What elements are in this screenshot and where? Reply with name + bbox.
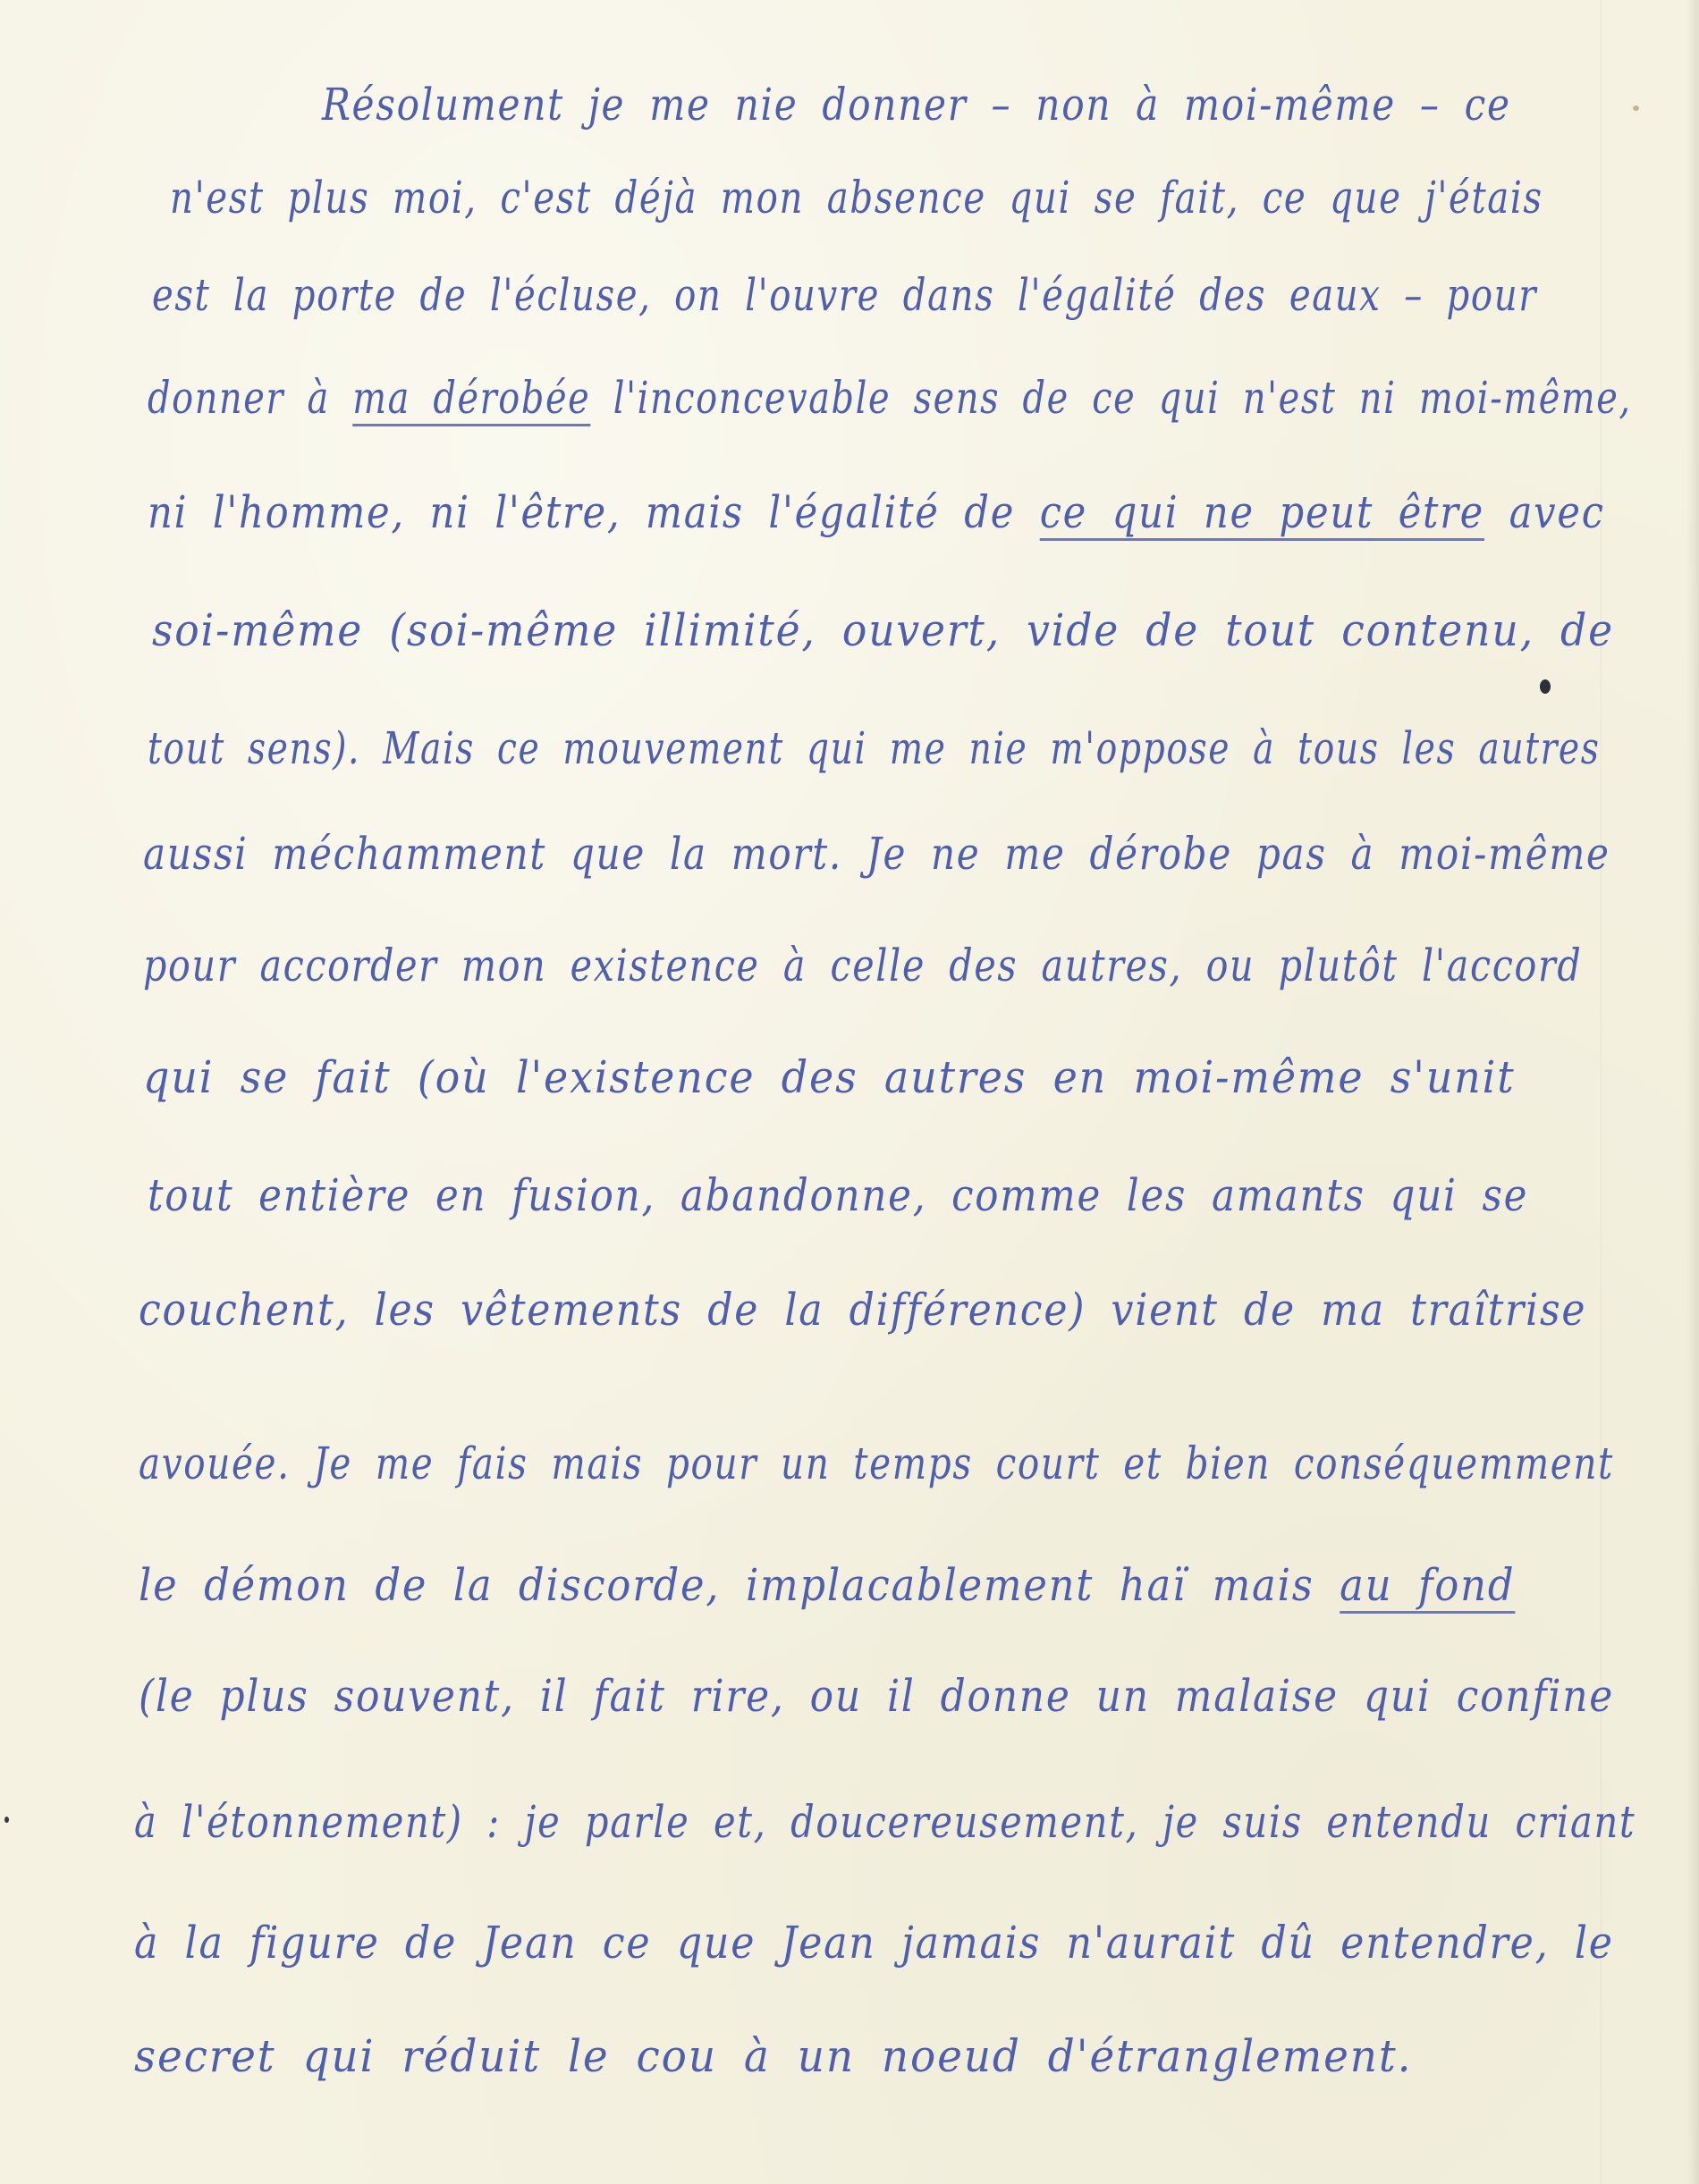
text-segment: secret qui réduit le cou à un noeud d'ét…	[134, 2030, 1412, 2082]
manuscript-line-6: soi-même (soi-même illimité, ouvert, vid…	[152, 608, 1614, 653]
manuscript-line-3: est la porte de l'écluse, on l'ouvre dan…	[152, 273, 1537, 317]
manuscript-line-4: donner à ma dérobée l'inconcevable sens …	[148, 375, 1632, 420]
manuscript-line-2: n'est plus moi, c'est déjà mon absence q…	[170, 175, 1543, 220]
manuscript-line-16: à l'étonnement) : je parle et, doucereus…	[134, 1800, 1636, 1844]
text-segment: pour accorder mon existence à celle des …	[143, 940, 1582, 991]
paper-edge-shadow	[1686, 0, 1699, 2184]
text-segment: Résolument je me nie donner – non à moi-…	[322, 79, 1511, 131]
manuscript-line-1: Résolument je me nie donner – non à moi-…	[322, 82, 1511, 127]
text-segment: l'inconcevable sens de ce qui n'est ni m…	[590, 372, 1631, 424]
text-segment: à l'étonnement) : je parle et, doucereus…	[134, 1796, 1636, 1848]
manuscript-line-11: tout entière en fusion, abandonne, comme…	[148, 1173, 1528, 1218]
manuscript-line-9: pour accorder mon existence à celle des …	[143, 943, 1582, 988]
manuscript-line-13: avouée. Je me fais mais pour un temps co…	[139, 1441, 1614, 1486]
text-segment: est la porte de l'écluse, on l'ouvre dan…	[152, 269, 1537, 321]
margin-dot-mark	[4, 1817, 9, 1823]
paper-fold-line	[1601, 0, 1602, 2184]
manuscript-line-15: (le plus souvent, il fait rire, ou il do…	[139, 1674, 1614, 1718]
text-segment: avec	[1484, 486, 1605, 538]
text-segment: ni l'homme, ni l'être, mais l'égalité de	[148, 486, 1040, 538]
text-segment: (le plus souvent, il fait rire, ou il do…	[139, 1670, 1614, 1722]
manuscript-line-17: à la figure de Jean ce que Jean jamais n…	[134, 1920, 1614, 1965]
paper-stain	[1633, 105, 1639, 111]
text-segment: aussi méchamment que la mort. Je ne me d…	[143, 828, 1610, 880]
underlined-phrase: ma dérobée	[352, 372, 590, 424]
text-segment: à la figure de Jean ce que Jean jamais n…	[134, 1917, 1614, 1969]
text-segment: qui se fait (où l'existence des autres e…	[143, 1051, 1516, 1103]
manuscript-line-12: couchent, les vêtements de la différence…	[139, 1287, 1586, 1332]
ink-blot-mark	[1540, 679, 1551, 694]
manuscript-page: Résolument je me nie donner – non à moi-…	[0, 0, 1699, 2184]
text-segment: soi-même (soi-même illimité, ouvert, vid…	[152, 604, 1614, 656]
text-segment: tout sens). Mais ce mouvement qui me nie…	[148, 722, 1601, 774]
text-segment: couchent, les vêtements de la différence…	[139, 1284, 1586, 1336]
text-segment: avouée. Je me fais mais pour un temps co…	[139, 1438, 1614, 1489]
manuscript-line-14: le démon de la discorde, implacablement …	[139, 1563, 1515, 1607]
text-segment: tout entière en fusion, abandonne, comme…	[148, 1169, 1528, 1221]
underlined-phrase: au fond	[1340, 1559, 1515, 1611]
manuscript-line-7: tout sens). Mais ce mouvement qui me nie…	[148, 726, 1601, 771]
manuscript-line-18: secret qui réduit le cou à un noeud d'ét…	[134, 2034, 1412, 2079]
text-segment: le démon de la discorde, implacablement …	[139, 1559, 1340, 1611]
manuscript-line-8: aussi méchamment que la mort. Je ne me d…	[143, 831, 1610, 876]
underlined-phrase: ce qui ne peut être	[1040, 486, 1484, 538]
manuscript-line-10: qui se fait (où l'existence des autres e…	[143, 1055, 1516, 1100]
text-segment: donner à	[148, 372, 352, 424]
text-segment: n'est plus moi, c'est déjà mon absence q…	[170, 172, 1543, 223]
manuscript-line-5: ni l'homme, ni l'être, mais l'égalité de…	[148, 490, 1605, 535]
